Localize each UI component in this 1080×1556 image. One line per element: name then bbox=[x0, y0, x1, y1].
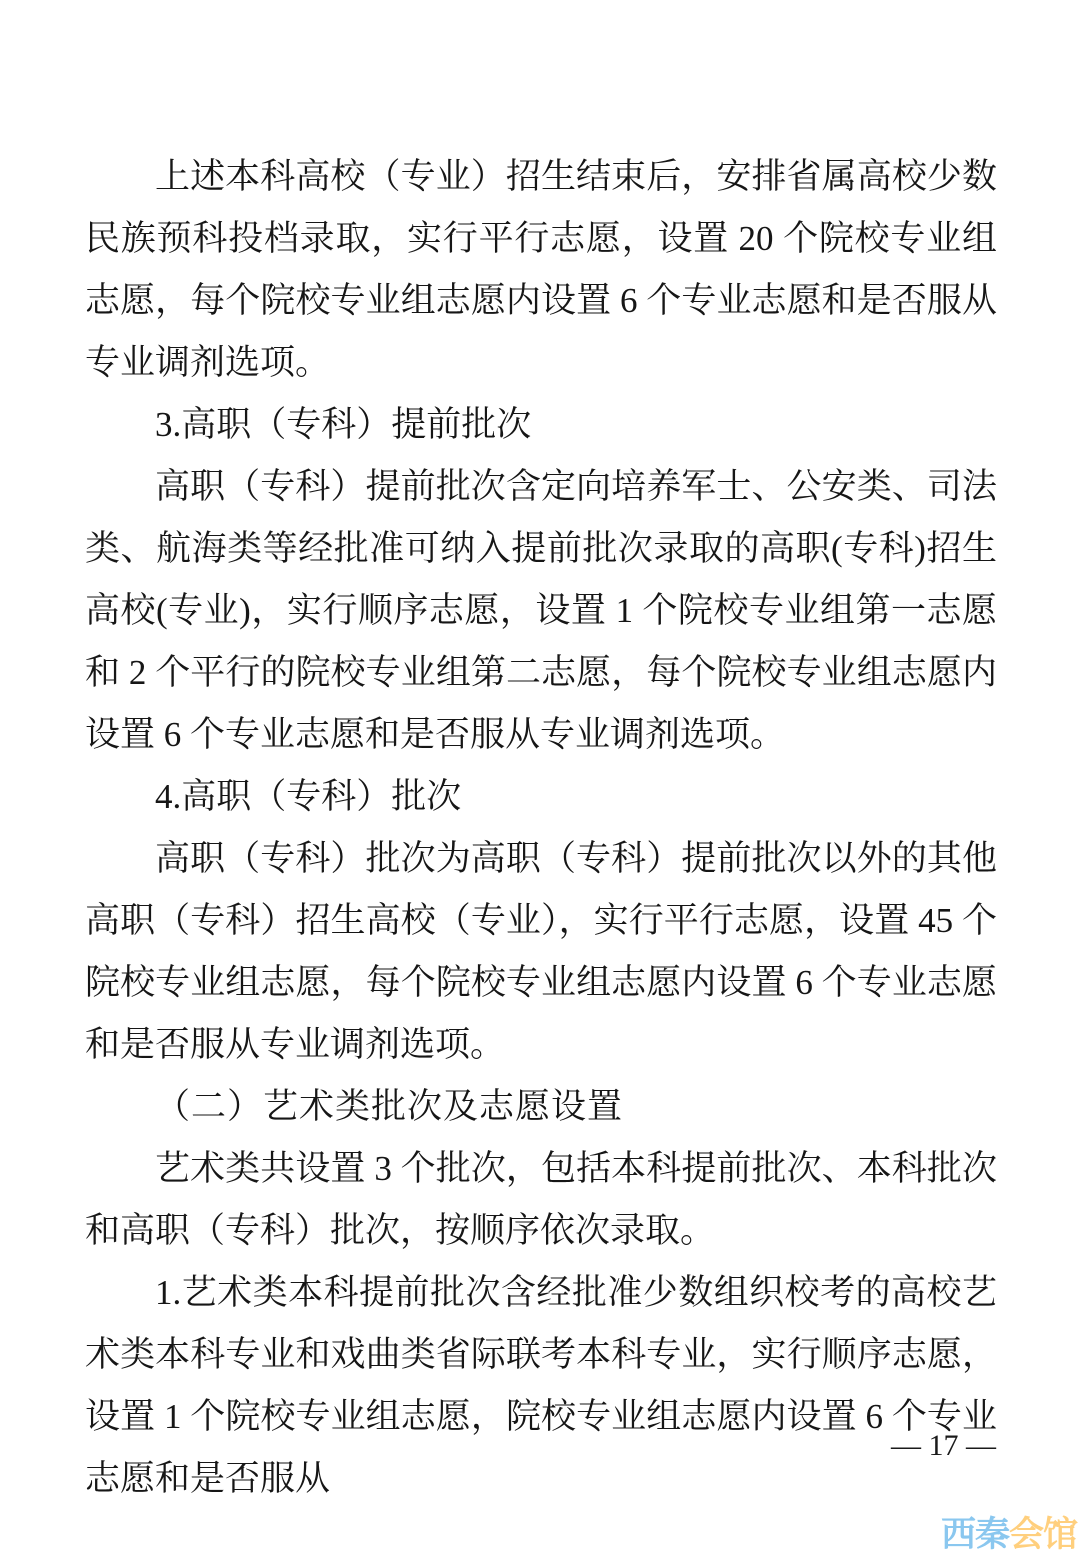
heading-vocational-advance-batch: 3.高职（专科）提前批次 bbox=[85, 394, 997, 456]
paragraph-minority-preparatory: 上述本科高校（专业）招生结束后，安排省属高校少数民族预科投档录取，实行平行志愿，… bbox=[85, 146, 997, 394]
document-page: 上述本科高校（专业）招生结束后，安排省属高校少数民族预科投档录取，实行平行志愿，… bbox=[0, 0, 1080, 1556]
paragraph-vocational-batch: 高职（专科）批次为高职（专科）提前批次以外的其他高职（专科）招生高校（专业），实… bbox=[85, 828, 997, 1076]
document-body: 上述本科高校（专业）招生结束后，安排省属高校少数民族预科投档录取，实行平行志愿，… bbox=[85, 146, 997, 1510]
watermark-text-right: 会馆 bbox=[1009, 1515, 1077, 1554]
page-number: — 17 — bbox=[891, 1428, 996, 1464]
site-watermark: 西秦会馆 bbox=[941, 1516, 1077, 1554]
paragraph-art-batches-overview: 艺术类共设置 3 个批次，包括本科提前批次、本科批次和高职（专科）批次，按顺序依… bbox=[85, 1138, 997, 1262]
paragraph-vocational-advance-batch: 高职（专科）提前批次含定向培养军士、公安类、司法类、航海类等经批准可纳入提前批次… bbox=[85, 456, 997, 766]
watermark-text-left: 西秦 bbox=[941, 1515, 1009, 1554]
paragraph-art-undergrad-advance: 1.艺术类本科提前批次含经批准少数组织校考的高校艺术类本科专业和戏曲类省际联考本… bbox=[85, 1262, 997, 1510]
heading-art-batches: （二）艺术类批次及志愿设置 bbox=[85, 1076, 997, 1138]
heading-vocational-batch: 4.高职（专科）批次 bbox=[85, 766, 997, 828]
